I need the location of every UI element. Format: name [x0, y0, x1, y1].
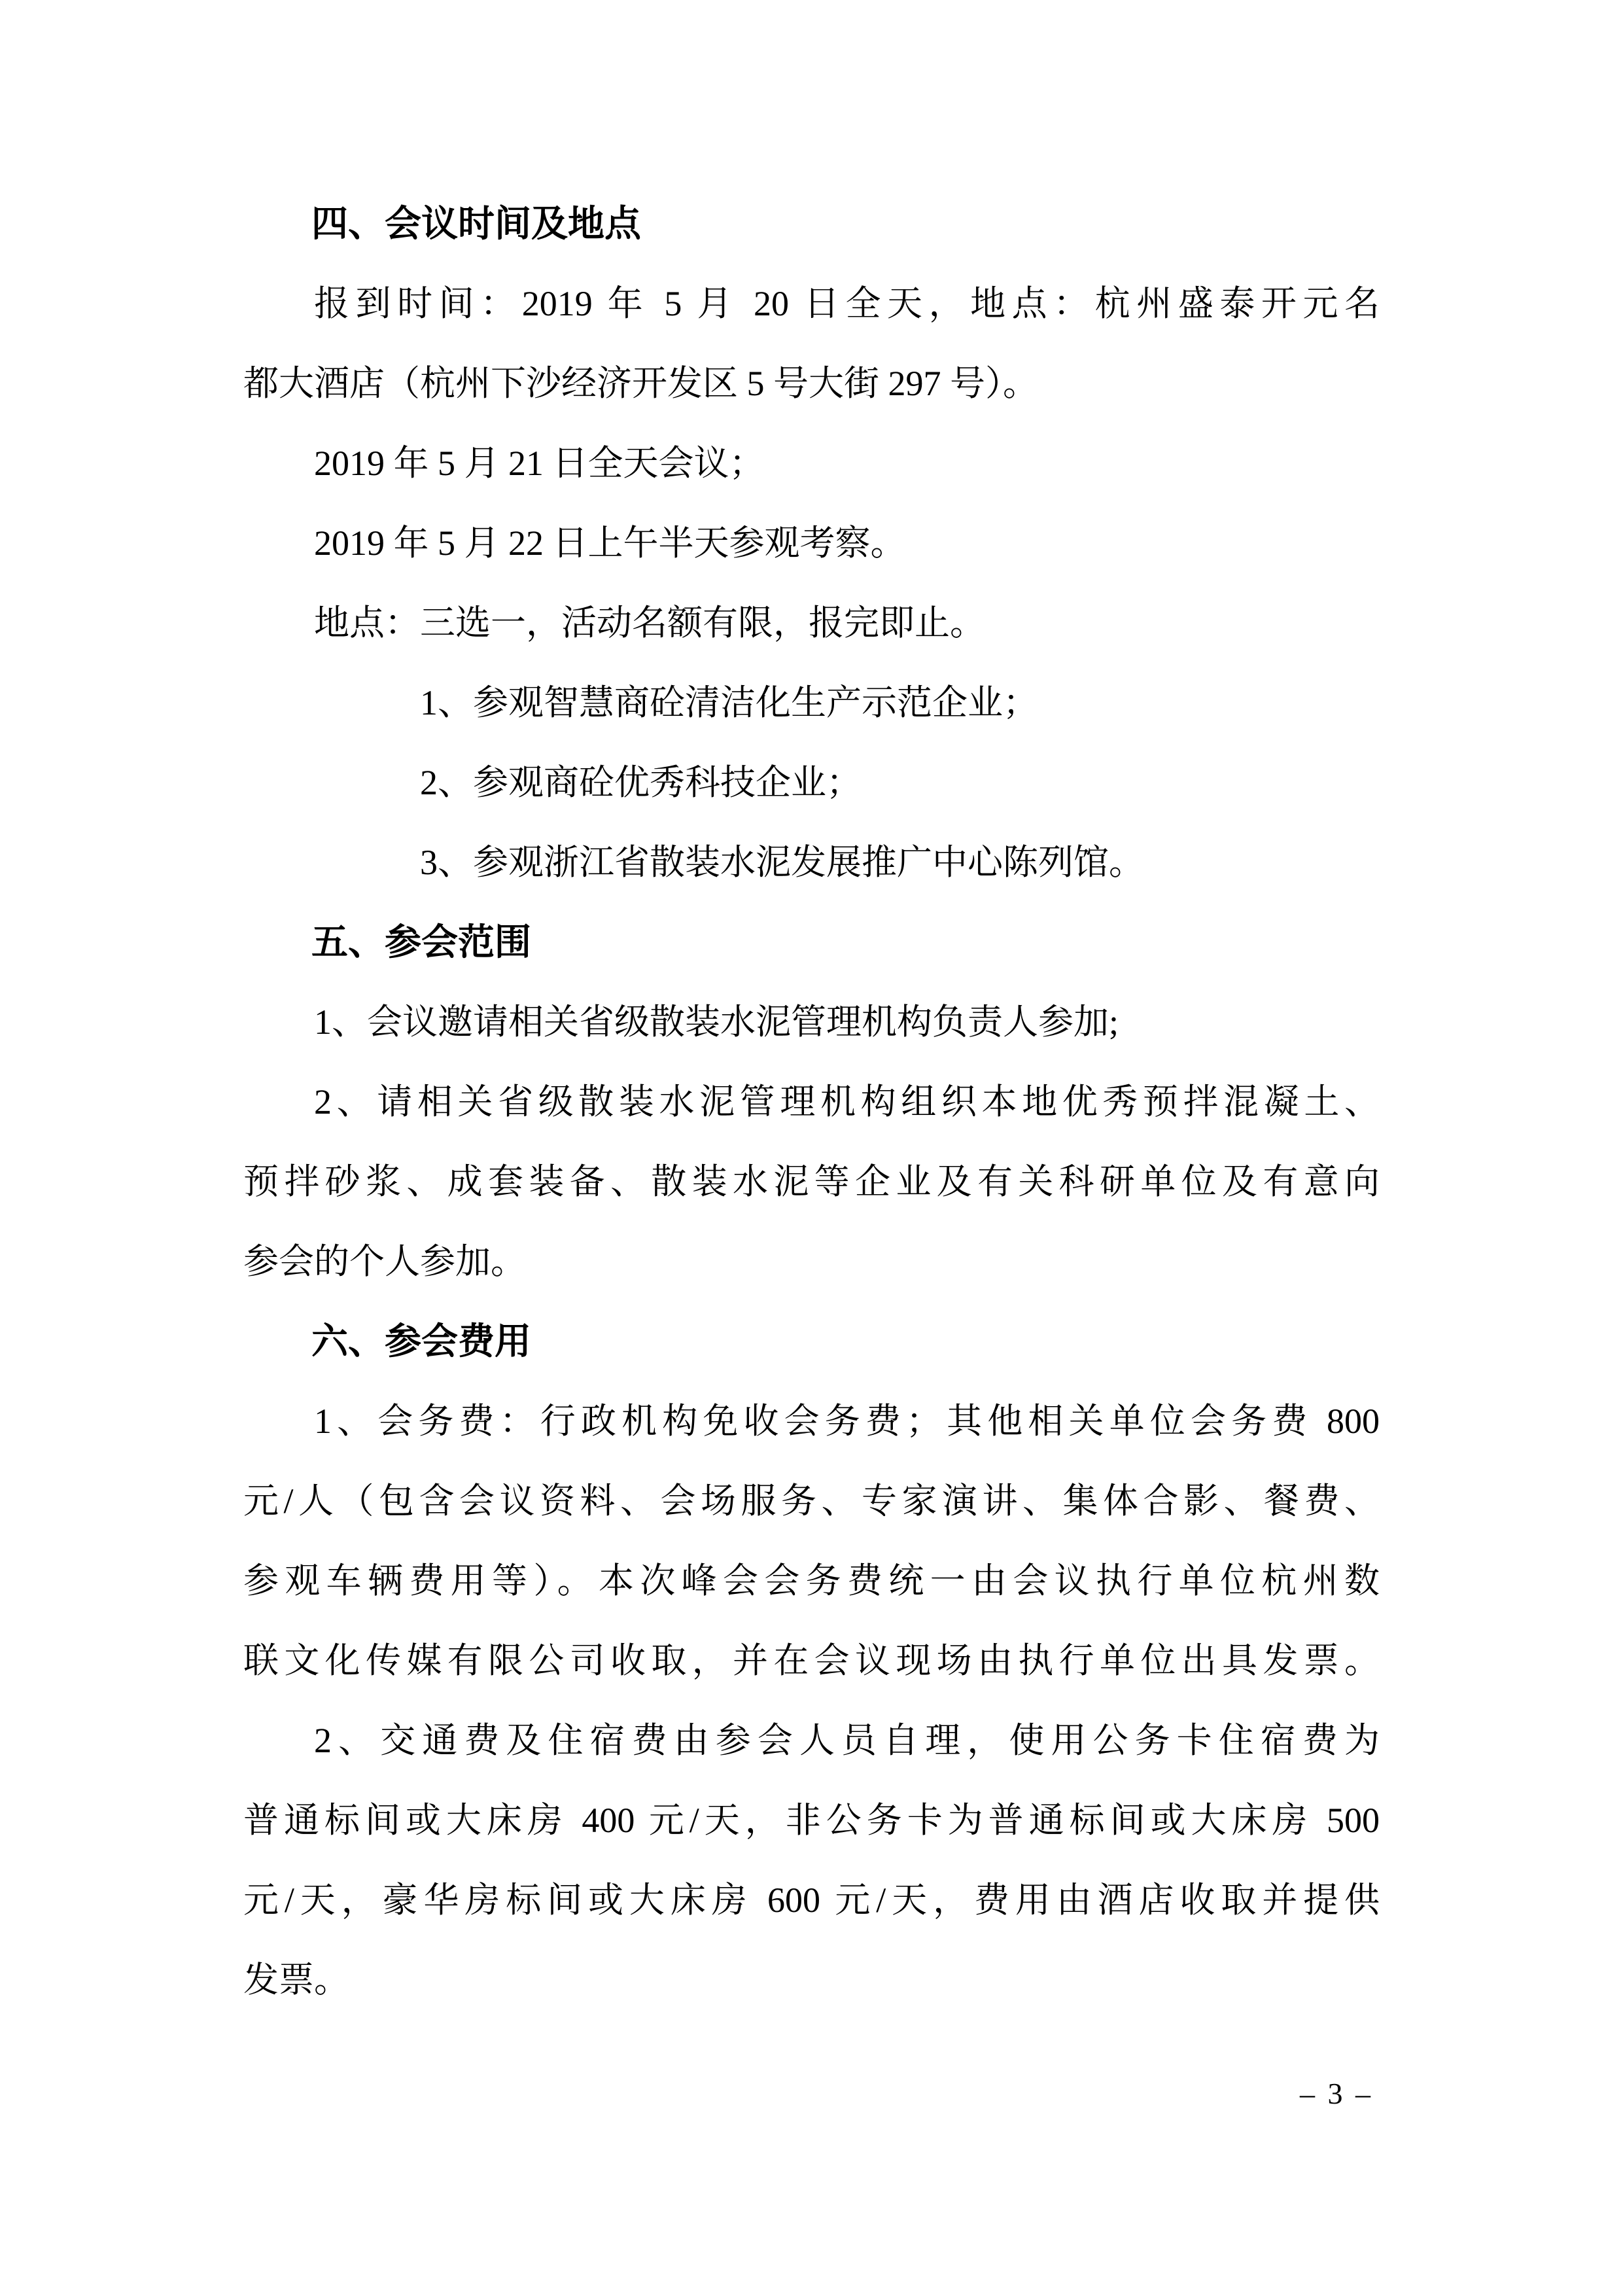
- doc-line: 1、会议邀请相关省级散装水泥管理机构负责人参加;: [243, 982, 1380, 1062]
- document-content: 四、会议时间及地点 报到时间：2019 年 5 月 20 日全天，地点：杭州盛泰…: [243, 184, 1380, 2020]
- doc-list-item: 3、参观浙江省散装水泥发展推广中心陈列馆。: [243, 822, 1380, 902]
- doc-line: 发票。: [243, 1940, 1380, 2020]
- section-heading-meeting-time: 四、会议时间及地点: [243, 184, 1380, 264]
- section-heading-attendance-fee: 六、参会费用: [243, 1301, 1380, 1381]
- doc-list-item: 1、参观智慧商砼清洁化生产示范企业；: [243, 663, 1380, 743]
- doc-line: 联文化传媒有限公司收取，并在会议现场由执行单位出具发票。: [243, 1621, 1380, 1701]
- doc-line: 元/人（包含会议资料、会场服务、专家演讲、集体合影、餐费、: [243, 1461, 1380, 1541]
- doc-list-item: 2、参观商砼优秀科技企业；: [243, 743, 1380, 822]
- doc-line: 普通标间或大床房 400 元/天，非公务卡为普通标间或大床房 500: [243, 1780, 1380, 1860]
- page-number: – 3 –: [1300, 2075, 1373, 2112]
- doc-line: 2、请相关省级散装水泥管理机构组织本地优秀预拌混凝土、: [243, 1062, 1380, 1142]
- document-page: 四、会议时间及地点 报到时间：2019 年 5 月 20 日全天，地点：杭州盛泰…: [0, 0, 1623, 2296]
- doc-line: 参会的个人参加。: [243, 1222, 1380, 1301]
- doc-line: 2、交通费及住宿费由参会人员自理，使用公务卡住宿费为: [243, 1701, 1380, 1780]
- doc-line: 参观车辆费用等）。本次峰会会务费统一由会议执行单位杭州数: [243, 1541, 1380, 1621]
- doc-line: 2019 年 5 月 22 日上午半天参观考察。: [243, 503, 1380, 583]
- doc-line: 1、会务费：行政机构免收会务费；其他相关单位会务费 800: [243, 1381, 1380, 1461]
- doc-line: 地点：三选一，活动名额有限，报完即止。: [243, 583, 1380, 663]
- doc-line: 元/天，豪华房标间或大床房 600 元/天，费用由酒店收取并提供: [243, 1860, 1380, 1940]
- doc-line: 都大酒店（杭州下沙经济开发区 5 号大街 297 号）。: [243, 344, 1380, 423]
- section-heading-attendance-scope: 五、参会范围: [243, 902, 1380, 982]
- doc-line: 预拌砂浆、成套装备、散装水泥等企业及有关科研单位及有意向: [243, 1142, 1380, 1222]
- doc-line: 报到时间：2019 年 5 月 20 日全天，地点：杭州盛泰开元名: [243, 264, 1380, 344]
- doc-line: 2019 年 5 月 21 日全天会议；: [243, 423, 1380, 503]
